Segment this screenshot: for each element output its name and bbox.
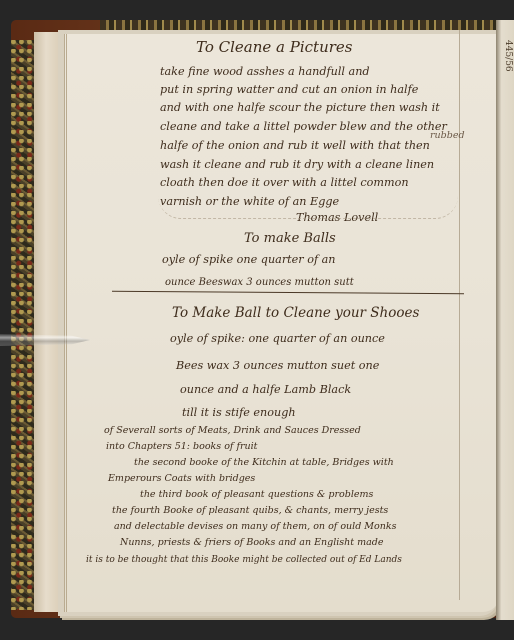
note-line: Nunns, priests & friers of Books and an …: [120, 538, 384, 548]
recipe-line: Bees wax 3 ounces mutton suet one: [176, 360, 379, 371]
recipe-title: To Make Ball to Cleane your Shooes: [172, 307, 419, 321]
recipe-line: wash it cleane and rub it dry with a cle…: [160, 159, 434, 170]
facing-page-edge: [496, 20, 514, 620]
decorative-border: [158, 196, 458, 219]
recipe-title: To Cleane a Pictures: [196, 40, 352, 55]
recipe-title: To make Balls: [244, 232, 336, 245]
note-line: of Severall sorts of Meats, Drink and Sa…: [104, 426, 361, 436]
recipe-line: cleane and take a littel powder blew and…: [160, 121, 447, 132]
marbled-endpaper: [11, 40, 34, 610]
interlinear-note: rubbed: [430, 131, 465, 141]
recipe-line: and with one halfe scour the picture the…: [160, 102, 440, 113]
recipe-line: take fine wood asshes a handfull and: [160, 66, 370, 77]
recipe-line: halfe of the onion and rub it well with …: [160, 140, 430, 151]
folio-number: 445/56: [497, 40, 513, 72]
note-line: into Chapters 51: books of fruit: [106, 442, 258, 452]
note-line: the fourth Booke of pleasant quibs, & ch…: [112, 506, 388, 516]
note-line: and delectable devises on many of them, …: [114, 522, 397, 532]
recipe-line: ounce Beeswax 3 ounces mutton sutt: [165, 278, 354, 288]
ruled-margin-line: [459, 30, 460, 600]
note-line: the second booke of the Kitchin at table…: [134, 458, 394, 468]
recipe-line: cloath then doe it over with a littel co…: [160, 177, 409, 188]
recipe-line: ounce and a halfe Lamb Black: [180, 384, 351, 395]
recipe-line: oyle of spike: one quarter of an ounce: [170, 333, 385, 344]
note-line: it is to be thought that this Booke migh…: [86, 556, 402, 565]
recipe-line: oyle of spike one quarter of an: [162, 254, 336, 265]
recipe-line: till it is stife enough: [182, 407, 296, 418]
note-line: the third book of pleasant questions & p…: [140, 490, 373, 500]
recipe-line: put in spring watter and cut an onion in…: [160, 84, 418, 95]
note-line: Emperours Coats with bridges: [108, 474, 255, 484]
